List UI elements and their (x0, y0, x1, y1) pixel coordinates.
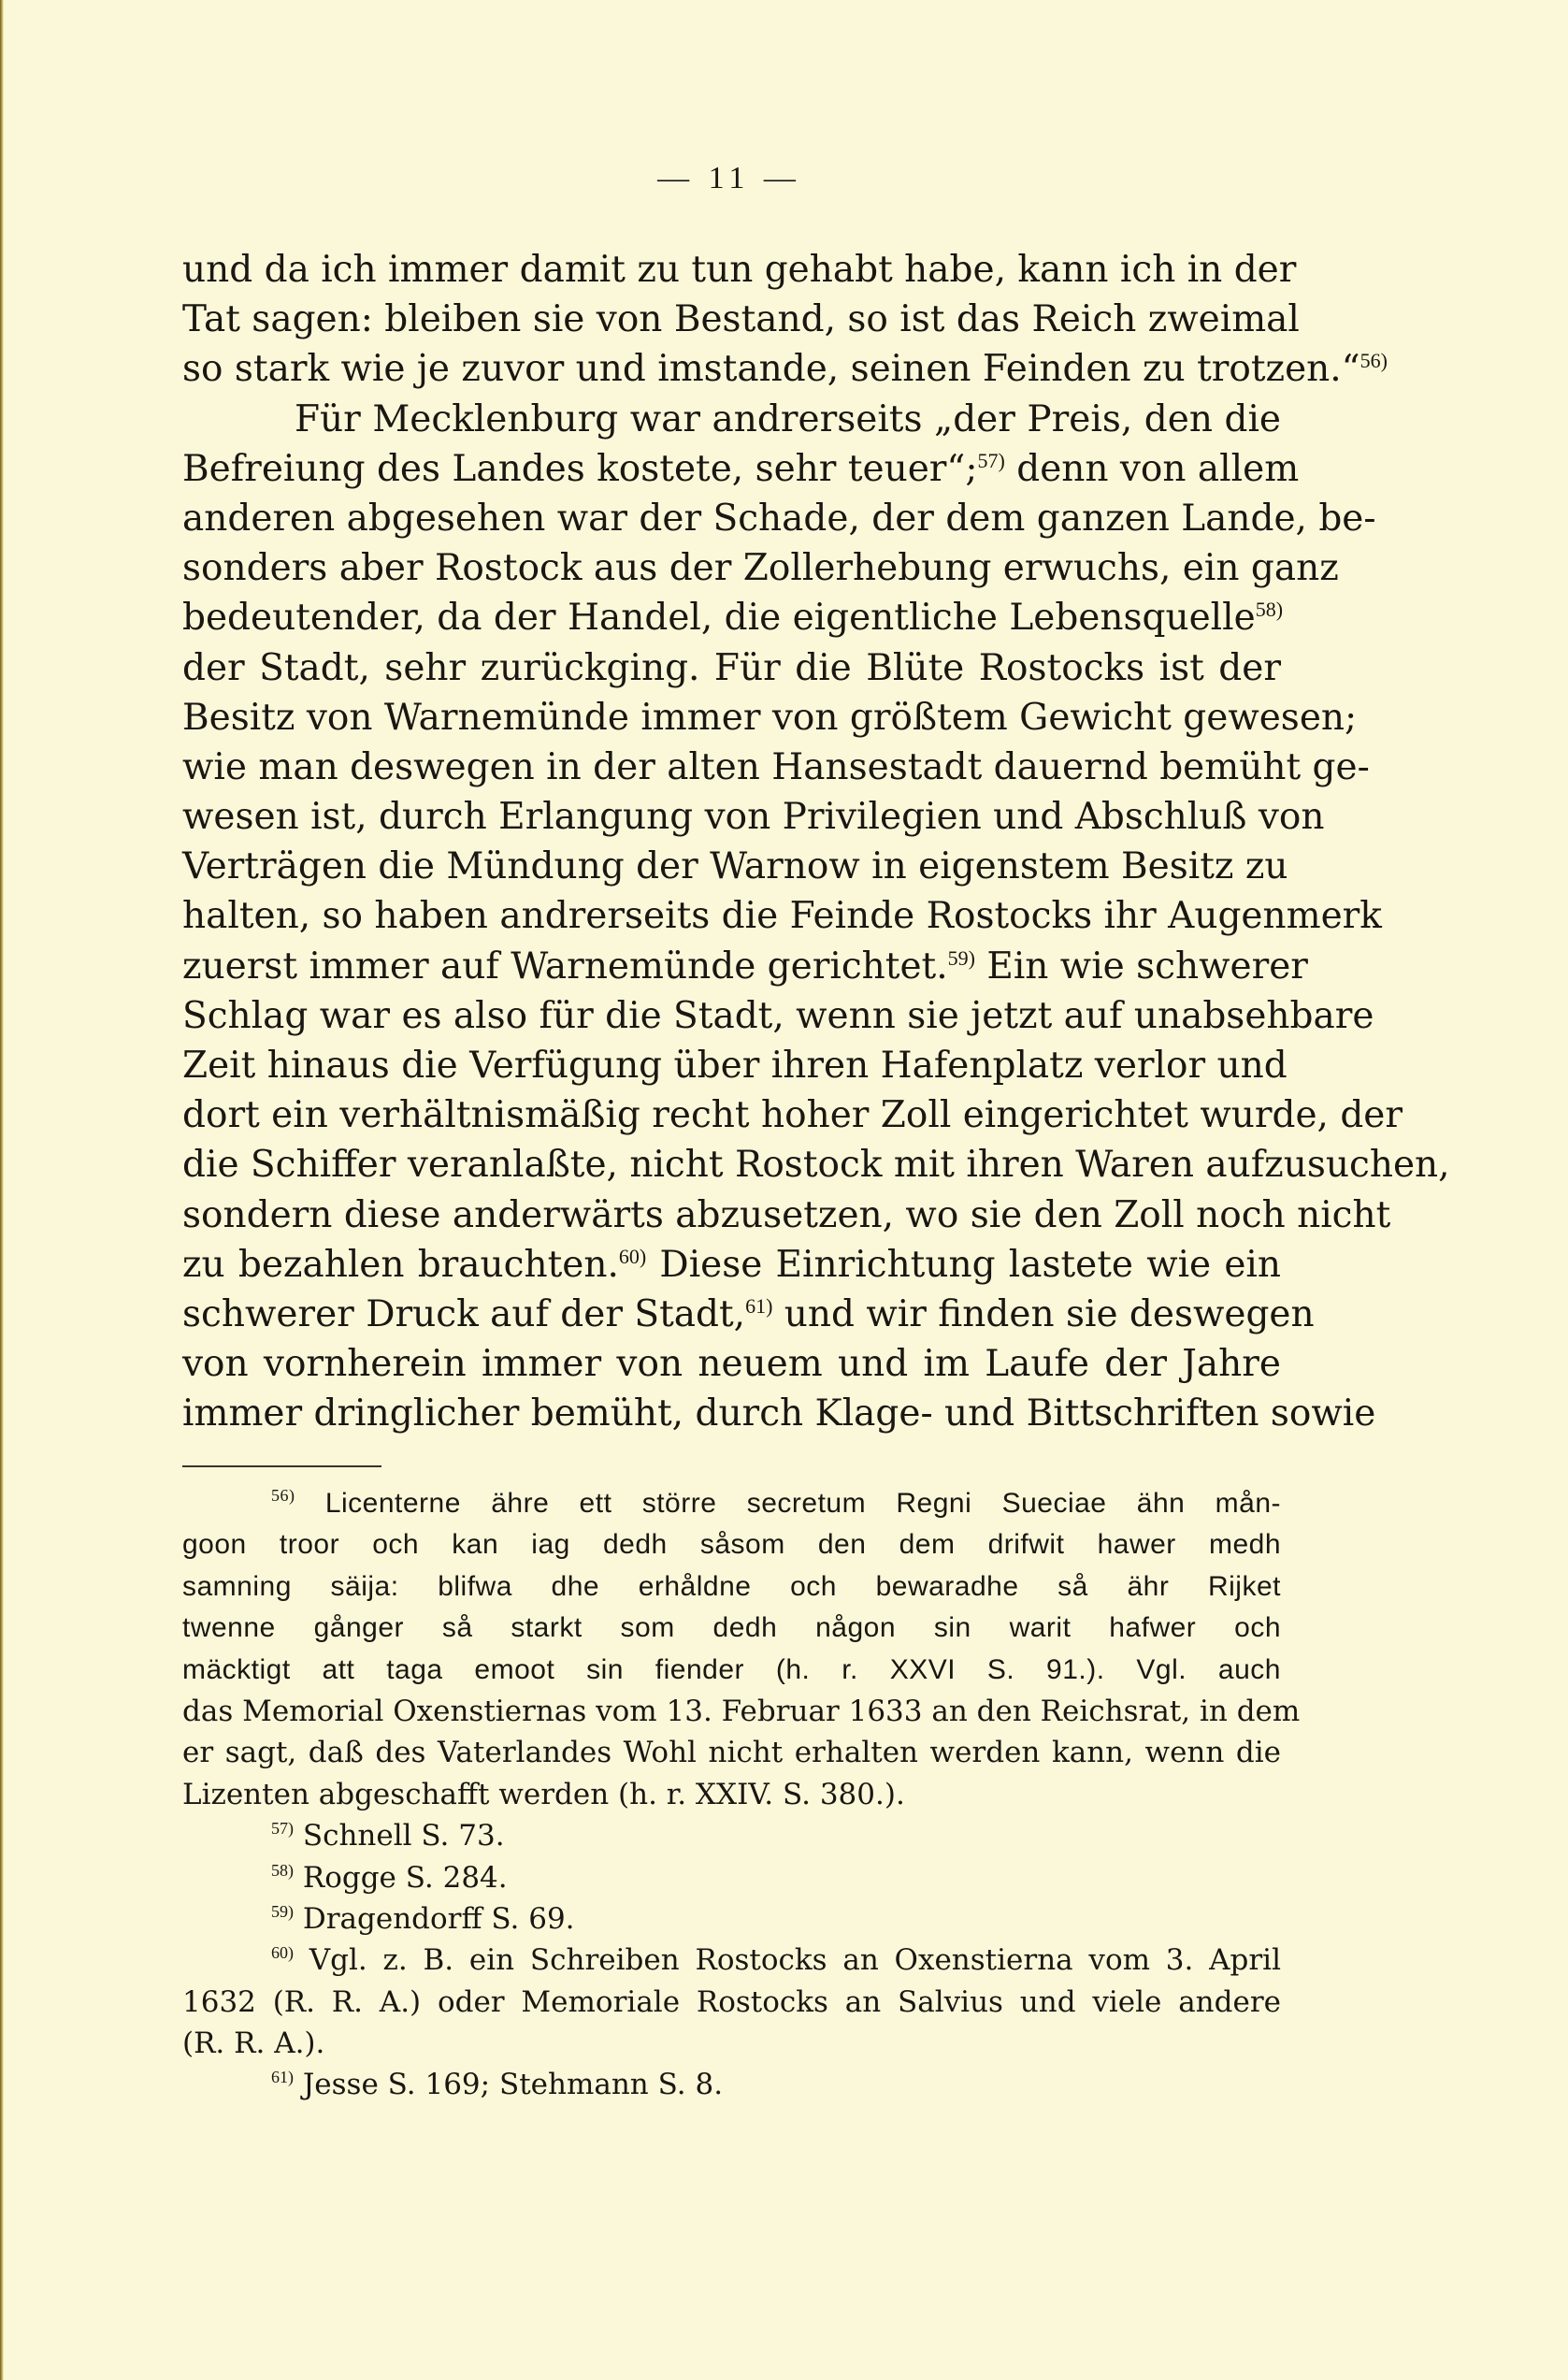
footnote-text: goon troor och kan iag dedh såsom den de… (182, 1529, 1281, 1560)
footnote-line: (R. R. A.). (182, 2023, 1281, 2064)
footnote-reference-60[interactable]: 60) (619, 1245, 646, 1268)
footnote-line: 1632 (R. R. A.) oder Memoriale Rostocks … (182, 1982, 1281, 2023)
footnote-reference-56[interactable]: 56) (1360, 349, 1388, 372)
footnote-text: Vgl. z. B. ein Schreiben Rostocks an Oxe… (309, 1943, 1281, 1977)
line-text: anderen abgesehen war der Schade, der de… (182, 498, 1376, 540)
line-text: und da ich immer damit zu tun gehabt hab… (182, 249, 1296, 291)
footnote-59: 59) Dragendorff S. 69. (182, 1898, 1281, 1940)
footnote-text: Lizenten abgeschafft werden (h. r. XXIV.… (182, 1778, 905, 1811)
line-text: dort ein verhältnismäßig recht hoher Zol… (182, 1094, 1403, 1136)
body-line: von vornherein immer von neuem und im La… (182, 1339, 1281, 1389)
body-line: sondern diese anderwärts abzusetzen, wo … (182, 1190, 1281, 1240)
line-text: Für Mecklenburg war andrerseits „der Pre… (295, 398, 1281, 440)
body-line: Tat sagen: bleiben sie von Bestand, so i… (182, 295, 1281, 344)
line-text: der Stadt, sehr zurückging. Für die Blüt… (182, 647, 1281, 689)
footnote-line: Lizenten abgeschafft werden (h. r. XXIV.… (182, 1774, 1281, 1815)
footnote-reference-59[interactable]: 59) (948, 946, 975, 970)
footnote-number: 58) (271, 1861, 294, 1880)
line-text: wie man deswegen in der alten Hansestadt… (182, 746, 1370, 788)
line-text: von vornherein immer von neuem und im La… (182, 1343, 1281, 1385)
body-line: und da ich immer damit zu tun gehabt hab… (182, 245, 1281, 295)
line-text: zu bezahlen brauchten. (182, 1244, 619, 1286)
footnote-58: 58) Rogge S. 284. (182, 1857, 1281, 1898)
footnote-61: 61) Jesse S. 169; Stehmann S. 8. (182, 2064, 1281, 2105)
line-text: Besitz von Warnemünde immer von größtem … (182, 697, 1357, 739)
footnote-reference-61[interactable]: 61) (745, 1294, 772, 1318)
body-line: zuerst immer auf Warnemünde gerichtet.59… (182, 942, 1281, 991)
footnote-line: goon troor och kan iag dedh såsom den de… (182, 1524, 1281, 1565)
body-line: zu bezahlen brauchten.60) Diese Einricht… (182, 1240, 1281, 1290)
line-text: Schlag war es also für die Stadt, wenn s… (182, 995, 1374, 1037)
body-line: anderen abgesehen war der Schade, der de… (182, 494, 1281, 543)
body-line: bedeutender, da der Handel, die eigentli… (182, 593, 1281, 642)
footnote-text: Licenterne ähre ett större secretum Regn… (325, 1488, 1281, 1519)
line-text: und wir finden sie deswegen (772, 1293, 1314, 1335)
page-number: — 11 — (0, 161, 1459, 196)
body-line: wie man deswegen in der alten Hansestadt… (182, 743, 1281, 792)
line-text: sonders aber Rostock aus der Zollerhebun… (182, 547, 1339, 589)
footnote-number: 56) (271, 1486, 295, 1505)
line-text: immer dringlicher bemüht, durch Klage- u… (182, 1392, 1375, 1435)
body-line: dort ein verhältnismäßig recht hoher Zol… (182, 1090, 1281, 1140)
footnote-text: 1632 (R. R. A.) oder Memoriale Rostocks … (182, 1985, 1281, 2019)
body-line: Zeit hinaus die Verfügung über ihren Haf… (182, 1041, 1281, 1090)
body-line: so stark wie je zuvor und imstande, sein… (182, 344, 1281, 394)
footnote-reference-58[interactable]: 58) (1256, 598, 1283, 621)
body-line: Besitz von Warnemünde immer von größtem … (182, 693, 1281, 743)
footnote-number: 60) (271, 1943, 294, 1962)
footnote-56: 56) Licenterne ähre ett större secretum … (182, 1483, 1281, 1524)
body-line: halten, so haben andrerseits die Feinde … (182, 891, 1281, 941)
body-text: und da ich immer damit zu tun gehabt hab… (182, 245, 1281, 1439)
footnote-text: (R. R. A.). (182, 2027, 324, 2060)
footnote-line: er sagt, daß des Vaterlandes Wohl nicht … (182, 1732, 1281, 1773)
line-text: schwerer Druck auf der Stadt, (182, 1293, 745, 1335)
line-text: Verträgen die Mündung der Warnow in eige… (182, 845, 1288, 887)
footnote-number: 61) (271, 2068, 294, 2086)
footnote-number: 59) (271, 1902, 294, 1921)
body-line: Befreiung des Landes kostete, sehr teuer… (182, 444, 1281, 494)
footnote-60: 60) Vgl. z. B. ein Schreiben Rostocks an… (182, 1940, 1281, 1981)
footnote-text: samning säija: blifwa dhe erhåldne och b… (182, 1571, 1281, 1602)
line-text: wesen ist, durch Erlangung von Privilegi… (182, 796, 1324, 838)
footnote-separator-rule (182, 1465, 381, 1467)
footnote-line: twenne gånger så starkt som dedh någon s… (182, 1608, 1281, 1649)
footnote-text: Rogge S. 284. (303, 1861, 508, 1895)
line-text: zuerst immer auf Warnemünde gerichtet. (182, 945, 948, 988)
line-text: die Schiffer veranlaßte, nicht Rostock m… (182, 1144, 1450, 1186)
body-line: immer dringlicher bemüht, durch Klage- u… (182, 1389, 1281, 1438)
line-text: Ein wie schwerer (975, 945, 1308, 988)
footnote-reference-57[interactable]: 57) (978, 449, 1005, 472)
body-line: sonders aber Rostock aus der Zollerhebun… (182, 543, 1281, 593)
footnote-number: 57) (271, 1819, 294, 1838)
line-text: Diese Einrichtung lastete wie ein (646, 1244, 1281, 1286)
footnote-text: Dragendorff S. 69. (303, 1902, 575, 1936)
body-line: die Schiffer veranlaßte, nicht Rostock m… (182, 1140, 1281, 1190)
footnote-text: twenne gånger så starkt som dedh någon s… (182, 1612, 1281, 1643)
line-text: Befreiung des Landes kostete, sehr teuer… (182, 448, 978, 490)
footnote-line: mäcktigt att taga emoot sin fiender (h. … (182, 1650, 1281, 1691)
footnote-text: er sagt, daß des Vaterlandes Wohl nicht … (182, 1736, 1281, 1769)
footnote-line: das Memorial Oxenstiernas vom 13. Februa… (182, 1691, 1281, 1732)
body-line: Verträgen die Mündung der Warnow in eige… (182, 842, 1281, 891)
footnote-text: Schnell S. 73. (303, 1819, 505, 1853)
line-text: halten, so haben andrerseits die Feinde … (182, 895, 1382, 937)
body-line: der Stadt, sehr zurückging. Für die Blüt… (182, 643, 1281, 693)
footnote-text: Jesse S. 169; Stehmann S. 8. (303, 2068, 723, 2101)
line-text: sondern diese anderwärts abzusetzen, wo … (182, 1194, 1390, 1236)
body-line-paragraph-start: Für Mecklenburg war andrerseits „der Pre… (182, 395, 1281, 444)
line-text: Tat sagen: bleiben sie von Bestand, so i… (182, 298, 1300, 340)
footnote-text: mäcktigt att taga emoot sin fiender (h. … (182, 1654, 1281, 1685)
footnotes: 56) Licenterne ähre ett större secretum … (182, 1483, 1281, 2106)
body-line: Schlag war es also für die Stadt, wenn s… (182, 991, 1281, 1041)
line-text: so stark wie je zuvor und imstande, sein… (182, 348, 1360, 390)
line-text: denn von allem (1005, 448, 1299, 490)
body-line: wesen ist, durch Erlangung von Privilegi… (182, 792, 1281, 842)
footnote-text: das Memorial Oxenstiernas vom 13. Februa… (182, 1695, 1300, 1728)
page-edge-border (0, 0, 4, 2380)
body-line: schwerer Druck auf der Stadt,61) und wir… (182, 1290, 1281, 1339)
footnote-line: samning säija: blifwa dhe erhåldne och b… (182, 1566, 1281, 1608)
footnote-57: 57) Schnell S. 73. (182, 1815, 1281, 1856)
line-text: Zeit hinaus die Verfügung über ihren Haf… (182, 1045, 1287, 1087)
line-text: bedeutender, da der Handel, die eigentli… (182, 597, 1256, 639)
